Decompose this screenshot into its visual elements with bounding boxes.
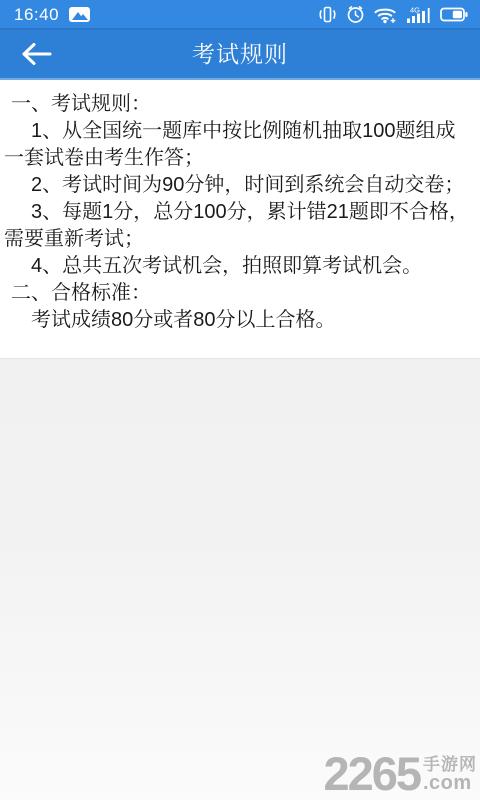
rules-text-line: 4、总共五次考试机会，拍照即算考试机会。 [2,253,478,280]
status-time: 16:40 [14,6,59,23]
exam-rules-panel: 一、考试规则： 1、从全国统一题库中按比例随机抽取100题组成 一套试卷由考生作… [0,80,480,358]
watermark-number: 2265 [323,755,420,793]
page-title: 考试规则 [0,43,480,66]
status-icons: 4G [317,5,468,24]
standards-section-heading: 二、合格标准： [2,280,478,307]
app-bar: 考试规则 [0,28,480,80]
rules-text-line: 3、每题1分，总分100分，累计错21题即不合格， [2,199,478,226]
back-arrow-icon [19,41,53,67]
alarm-clock-icon [346,5,365,24]
rules-text-line: 考试成绩80分或者80分以上合格。 [2,307,478,334]
rules-section-heading: 一、考试规则： [2,91,478,118]
vibrate-icon [317,6,338,23]
rules-text-line: 1、从全国统一题库中按比例随机抽取100题组成 [2,118,478,145]
rules-text-line: 2、考试时间为90分钟，时间到系统会自动交卷； [2,172,478,199]
watermark-2265-logo: 2265 手游网 .com [323,755,477,793]
battery-icon [440,7,468,22]
watermark-right-block: 手游网 .com [423,756,477,793]
app-screen: 16:40 4G [0,0,480,800]
wifi-plus-icon [373,5,398,24]
svg-text:4G: 4G [410,5,420,14]
watermark-domain: .com [423,774,472,793]
rules-text-line: 需要重新考试； [2,226,478,253]
signal-4g-icon: 4G [406,5,432,24]
empty-background-area: 2265 手游网 .com [0,358,480,800]
gallery-icon [69,7,90,22]
status-bar: 16:40 4G [0,0,480,28]
back-button[interactable] [10,30,62,78]
rules-text-line: 一套试卷由考生作答； [2,145,478,172]
